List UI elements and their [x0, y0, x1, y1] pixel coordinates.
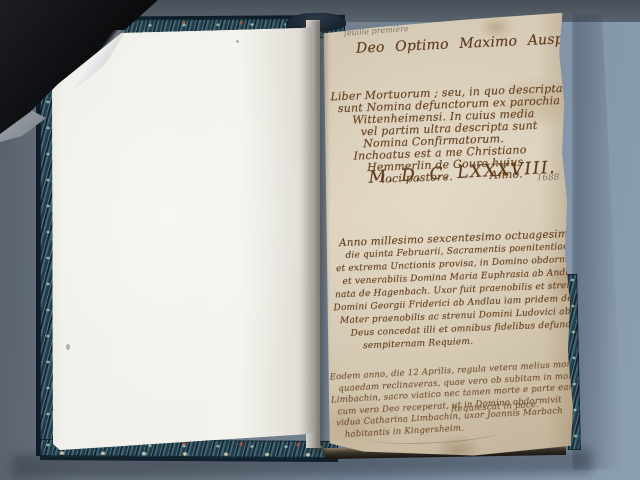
death-entry-second: Eodem anno, die 12 Aprilis, regula veter… — [328, 349, 350, 442]
page-speck — [66, 344, 70, 350]
manuscript-right-page: feuille première Deo Optimo Maximo Auspi… — [315, 13, 581, 462]
dedication-block: Liber Mortuorum ; seu, in quo descripta … — [329, 67, 356, 188]
death-entry-first: Anno millesimo sexcentesimo octuagesimo … — [330, 211, 354, 355]
photo-stage: feuille première Deo Optimo Maximo Auspi… — [0, 0, 640, 480]
pencil-year: 1688 — [536, 173, 559, 183]
page-speck — [236, 40, 239, 43]
blank-left-page — [40, 20, 320, 456]
